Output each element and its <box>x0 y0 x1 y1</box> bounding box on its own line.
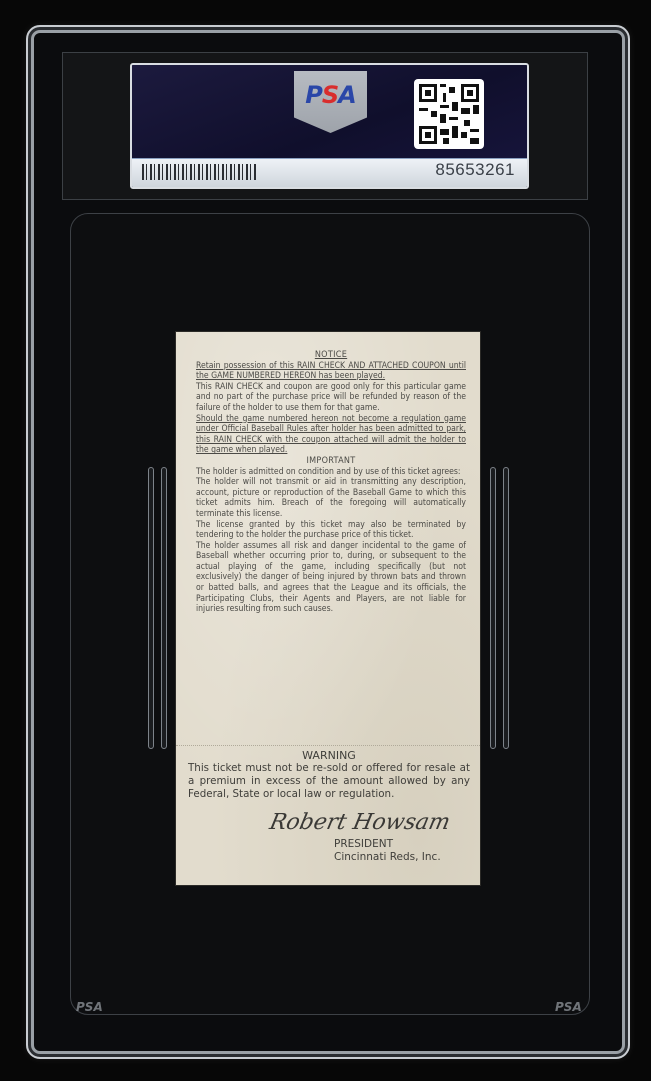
important-p4: The holder assumes all risk and danger i… <box>196 541 466 615</box>
warning-section: WARNING This ticket must not be re-sold … <box>188 749 470 801</box>
warning-heading: WARNING <box>188 749 470 762</box>
rail-left-outer <box>148 467 154 749</box>
notice-section: NOTICE Retain possession of this RAIN CH… <box>196 350 466 615</box>
warning-text: This ticket must not be re-sold or offer… <box>188 762 470 801</box>
notice-p2: This RAIN CHECK and coupon are good only… <box>196 382 466 414</box>
rail-left-inner <box>161 467 167 749</box>
important-p2: The holder will not transmit or aid in t… <box>196 477 466 519</box>
cert-number: 85653261 <box>435 160 515 180</box>
rail-right-inner <box>490 467 496 749</box>
perforation-line <box>176 745 480 746</box>
label-bottom-strip: 85653261 <box>132 158 527 187</box>
important-p1: The holder is admitted on condition and … <box>196 467 466 478</box>
signatory-title: PRESIDENT <box>334 838 441 851</box>
important-heading: IMPORTANT <box>196 456 466 467</box>
signature: Robert Howsam <box>267 810 452 835</box>
psa-logo-icon: PSA <box>294 71 367 133</box>
signatory-block: PRESIDENT Cincinnati Reds, Inc. <box>334 838 441 864</box>
psa-brand: PSA <box>305 81 355 109</box>
notice-heading: NOTICE <box>196 350 466 361</box>
psa-label: PSA 85653261 <box>130 63 529 189</box>
signatory-organization: Cincinnati Reds, Inc. <box>334 851 441 864</box>
barcode-icon <box>142 164 257 180</box>
notice-p3: Should the game numbered hereon not beco… <box>196 414 466 456</box>
holder-mark-left-icon: PSA <box>76 1000 103 1014</box>
rail-right-outer <box>503 467 509 749</box>
ticket-back: NOTICE Retain possession of this RAIN CH… <box>176 332 480 885</box>
notice-p1: Retain possession of this RAIN CHECK AND… <box>196 361 466 382</box>
holder-mark-right-icon: PSA <box>555 1000 582 1014</box>
label-top-panel: PSA <box>132 65 527 158</box>
qr-code-icon[interactable] <box>414 79 484 149</box>
important-p3: The license granted by this ticket may a… <box>196 520 466 541</box>
